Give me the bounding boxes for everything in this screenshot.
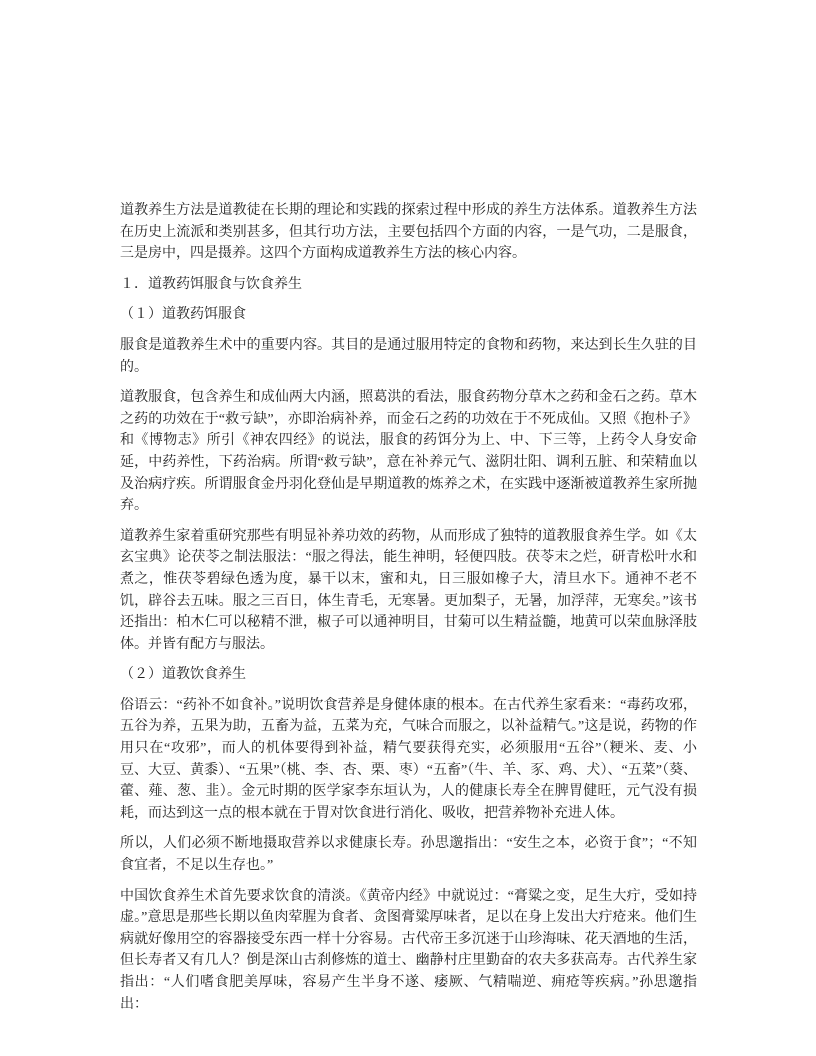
paragraph-fushi-detail: 道教服食，包含养生和成仙两大内涵，照葛洪的看法，服食药物分草木之药和金石之药。草…	[120, 387, 697, 517]
subsection-heading-1-2: （２）道教饮食养生	[120, 664, 697, 686]
subsection-heading-1-1: （１）道教药饵服食	[120, 304, 697, 326]
paragraph-fuling: 道教养生家着重研究那些有明显补养功效的药物，从而形成了独特的道教服食养生学。如《…	[120, 526, 697, 656]
document-body: 道教养生方法是道教徒在长期的理论和实践的探索过程中形成的养生方法体系。道教养生方…	[120, 200, 697, 1015]
paragraph-fushi-intro: 服食是道教养生术中的重要内容。其目的是通过服用特定的食物和药物，来达到长生久驻的…	[120, 335, 697, 378]
paragraph-intro: 道教养生方法是道教徒在长期的理论和实践的探索过程中形成的养生方法体系。道教养生方…	[120, 200, 697, 265]
document-page: 道教养生方法是道教徒在长期的理论和实践的探索过程中形成的养生方法体系。道教养生方…	[0, 0, 816, 1056]
paragraph-light-diet: 中国饮食养生术首先要求饮食的清淡。《黄帝内经》中就说过：“膏粱之变，足生大疔，受…	[120, 886, 697, 1016]
paragraph-sunsimiao: 所以，人们必须不断地摄取营养以求健康长寿。孙思邈指出：“安生之本，必资于食”；“…	[120, 833, 697, 876]
paragraph-diet-nutrition: 俗语云：“药补不如食补。”说明饮食营养是身健体康的根本。在古代养生家看来：“毒药…	[120, 695, 697, 825]
section-heading-1: １．道教药饵服食与饮食养生	[120, 274, 697, 296]
